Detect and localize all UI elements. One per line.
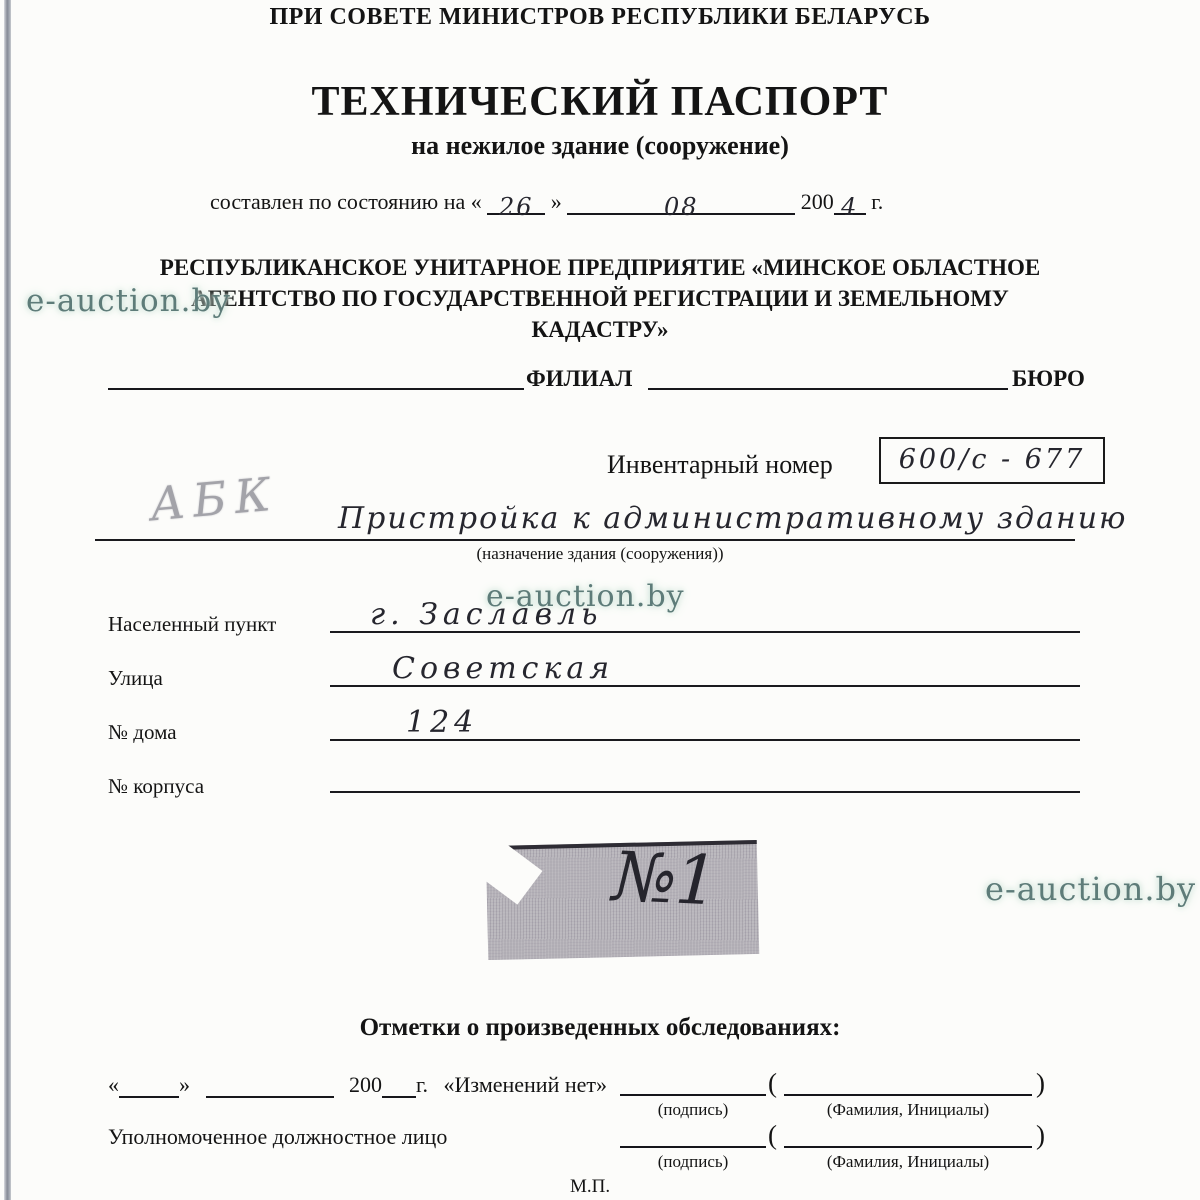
year-digit-value: 4 <box>841 193 858 221</box>
building-number-blank-line <box>330 791 1080 793</box>
building-number-label: № корпуса <box>108 774 204 799</box>
day-value: 26 <box>499 193 534 221</box>
bureau-blank-line <box>648 388 1008 390</box>
purpose-blank-line <box>95 539 1075 541</box>
bureau-label: БЮРО <box>1012 366 1085 392</box>
date-prefix: составлен по состоянию на <box>210 189 465 214</box>
insp-open-quote: « <box>108 1072 119 1097</box>
purpose-value: Пристройка к административному зданию <box>338 501 1127 536</box>
month-blank: 08 <box>567 191 795 215</box>
settlement-blank-line <box>330 631 1080 633</box>
authority-line: ПРИ СОВЕТЕ МИНИСТРОВ РЕСПУБЛИКИ БЕЛАРУСЬ <box>0 4 1200 31</box>
watermark-left: e-auction.by <box>26 283 231 319</box>
name-blank-row1 <box>784 1072 1032 1096</box>
signature-blank-row2 <box>620 1124 766 1148</box>
stamp-notch <box>466 833 542 905</box>
document-page: ПРИ СОВЕТЕ МИНИСТРОВ РЕСПУБЛИКИ БЕЛАРУСЬ… <box>0 0 1200 1200</box>
date-line: составлен по состоянию на « 26 » 08 2004… <box>210 189 883 215</box>
official-label: Уполномоченное должностное лицо <box>108 1124 447 1150</box>
watermark-right: e-auction.by <box>985 870 1196 908</box>
insp-day-blank <box>119 1074 179 1098</box>
street-value: Советская <box>392 651 614 686</box>
inventory-number-value: 600/с - 677 <box>881 439 1103 481</box>
insp-year-blank <box>382 1074 416 1098</box>
month-value: 08 <box>664 193 699 221</box>
document-subtitle: на нежилое здание (сооружение) <box>0 131 1200 161</box>
filial-blank-line <box>108 388 524 390</box>
stamp-area: №1 <box>486 840 760 960</box>
insp-year-prefix: 200 <box>349 1072 382 1097</box>
inventory-number-box: 600/с - 677 <box>879 437 1105 484</box>
document-title: ТЕХНИЧЕСКИЙ ПАСПОРТ <box>0 78 1200 126</box>
house-number-blank-line <box>330 739 1080 741</box>
signature-blank-row1 <box>620 1072 766 1096</box>
street-label: Улица <box>108 666 163 691</box>
year-blank: 4 <box>834 191 866 215</box>
paren-close-row1: ) <box>1036 1068 1045 1099</box>
inspections-title: Отметки о произведенных обследованиях: <box>0 1014 1200 1042</box>
paren-close-row2: ) <box>1036 1120 1045 1151</box>
insp-close-quote: » <box>179 1072 190 1097</box>
insp-month-blank <box>206 1074 334 1098</box>
settlement-value: г. Заславль <box>370 597 603 632</box>
name-blank-row2 <box>784 1124 1032 1148</box>
signature-caption-row2: (подпись) <box>620 1152 766 1172</box>
year-suffix: г. <box>871 189 883 214</box>
purpose-caption: (назначение здания (сооружения)) <box>350 544 850 564</box>
date-close-quote: » <box>551 189 562 214</box>
year-prefix: 200 <box>801 189 834 214</box>
house-number-value: 124 <box>406 705 478 740</box>
signature-caption-row1: (подпись) <box>620 1100 766 1120</box>
filial-label: ФИЛИАЛ <box>526 366 632 392</box>
agency-line-1: РЕСПУБЛИКАНСКОЕ УНИТАРНОЕ ПРЕДПРИЯТИЕ «М… <box>0 252 1200 283</box>
paren-open-row1: ( <box>768 1068 777 1099</box>
settlement-label: Населенный пункт <box>108 612 276 637</box>
stamp-handwritten-number: №1 <box>611 838 718 922</box>
paren-open-row2: ( <box>768 1120 777 1151</box>
day-blank: 26 <box>487 191 545 215</box>
street-blank-line <box>330 685 1080 687</box>
date-open-quote: « <box>471 189 482 214</box>
pencil-note: АБК <box>148 467 280 532</box>
inspection-date-row: «» 200г. «Изменений нет» <box>108 1072 607 1098</box>
name-caption-row1: (Фамилия, Инициалы) <box>784 1100 1032 1120</box>
insp-year-suffix: г. <box>416 1072 428 1097</box>
no-changes-label: «Изменений нет» <box>444 1072 607 1097</box>
seal-placeholder-label: М.П. <box>570 1176 610 1198</box>
house-number-label: № дома <box>108 720 177 745</box>
inventory-number-label: Инвентарный номер <box>607 450 833 480</box>
name-caption-row2: (Фамилия, Инициалы) <box>784 1152 1032 1172</box>
